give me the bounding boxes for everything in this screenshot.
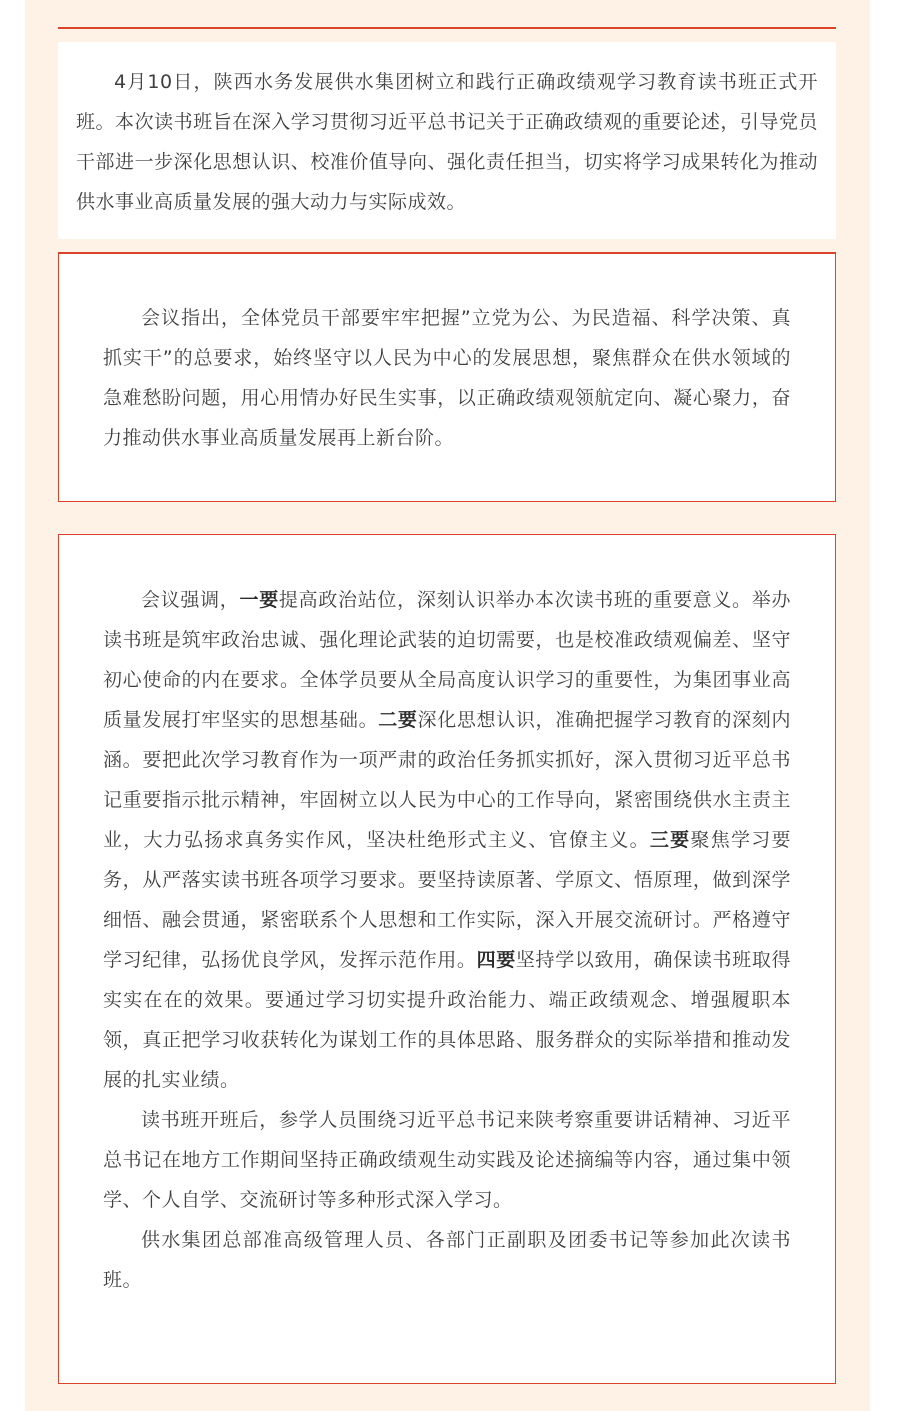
emphasis-point-2-label: 二要 bbox=[378, 709, 417, 731]
meeting-points-paragraph: 会议指出，全体党员干部要牢牢把握”立党为公、为民造福、科学决策、真抓实干”的总要… bbox=[103, 298, 791, 458]
emphasis-paragraph: 会议强调，一要提高政治站位，深刻认识举办本次读书班的重要意义。举办读书班是筑牢政… bbox=[103, 580, 791, 1100]
meeting-emphasis-section: 会议强调，一要提高政治站位，深刻认识举办本次读书班的重要意义。举办读书班是筑牢政… bbox=[58, 534, 836, 1384]
section-divider-line bbox=[58, 27, 836, 29]
emphasis-point-1-label: 一要 bbox=[240, 589, 279, 611]
study-activities-paragraph: 读书班开班后，参学人员围绕习近平总书记来陕考察重要讲话精神、习近平总书记在地方工… bbox=[103, 1100, 791, 1220]
participants-paragraph: 供水集团总部准高级管理人员、各部门正副职及团委书记等参加此次读书班。 bbox=[103, 1220, 791, 1300]
intro-paragraph: 4月10日，陕西水务发展供水集团树立和践行正确政绩观学习教育读书班正式开班。本次… bbox=[76, 62, 818, 222]
emphasis-point-4-label: 四要 bbox=[477, 949, 516, 971]
emphasis-lead: 会议强调， bbox=[141, 589, 240, 611]
meeting-points-section: 会议指出，全体党员干部要牢牢把握”立党为公、为民造福、科学决策、真抓实干”的总要… bbox=[58, 252, 836, 502]
intro-section: 4月10日，陕西水务发展供水集团树立和践行正确政绩观学习教育读书班正式开班。本次… bbox=[58, 42, 836, 239]
emphasis-point-3-label: 三要 bbox=[650, 829, 691, 851]
